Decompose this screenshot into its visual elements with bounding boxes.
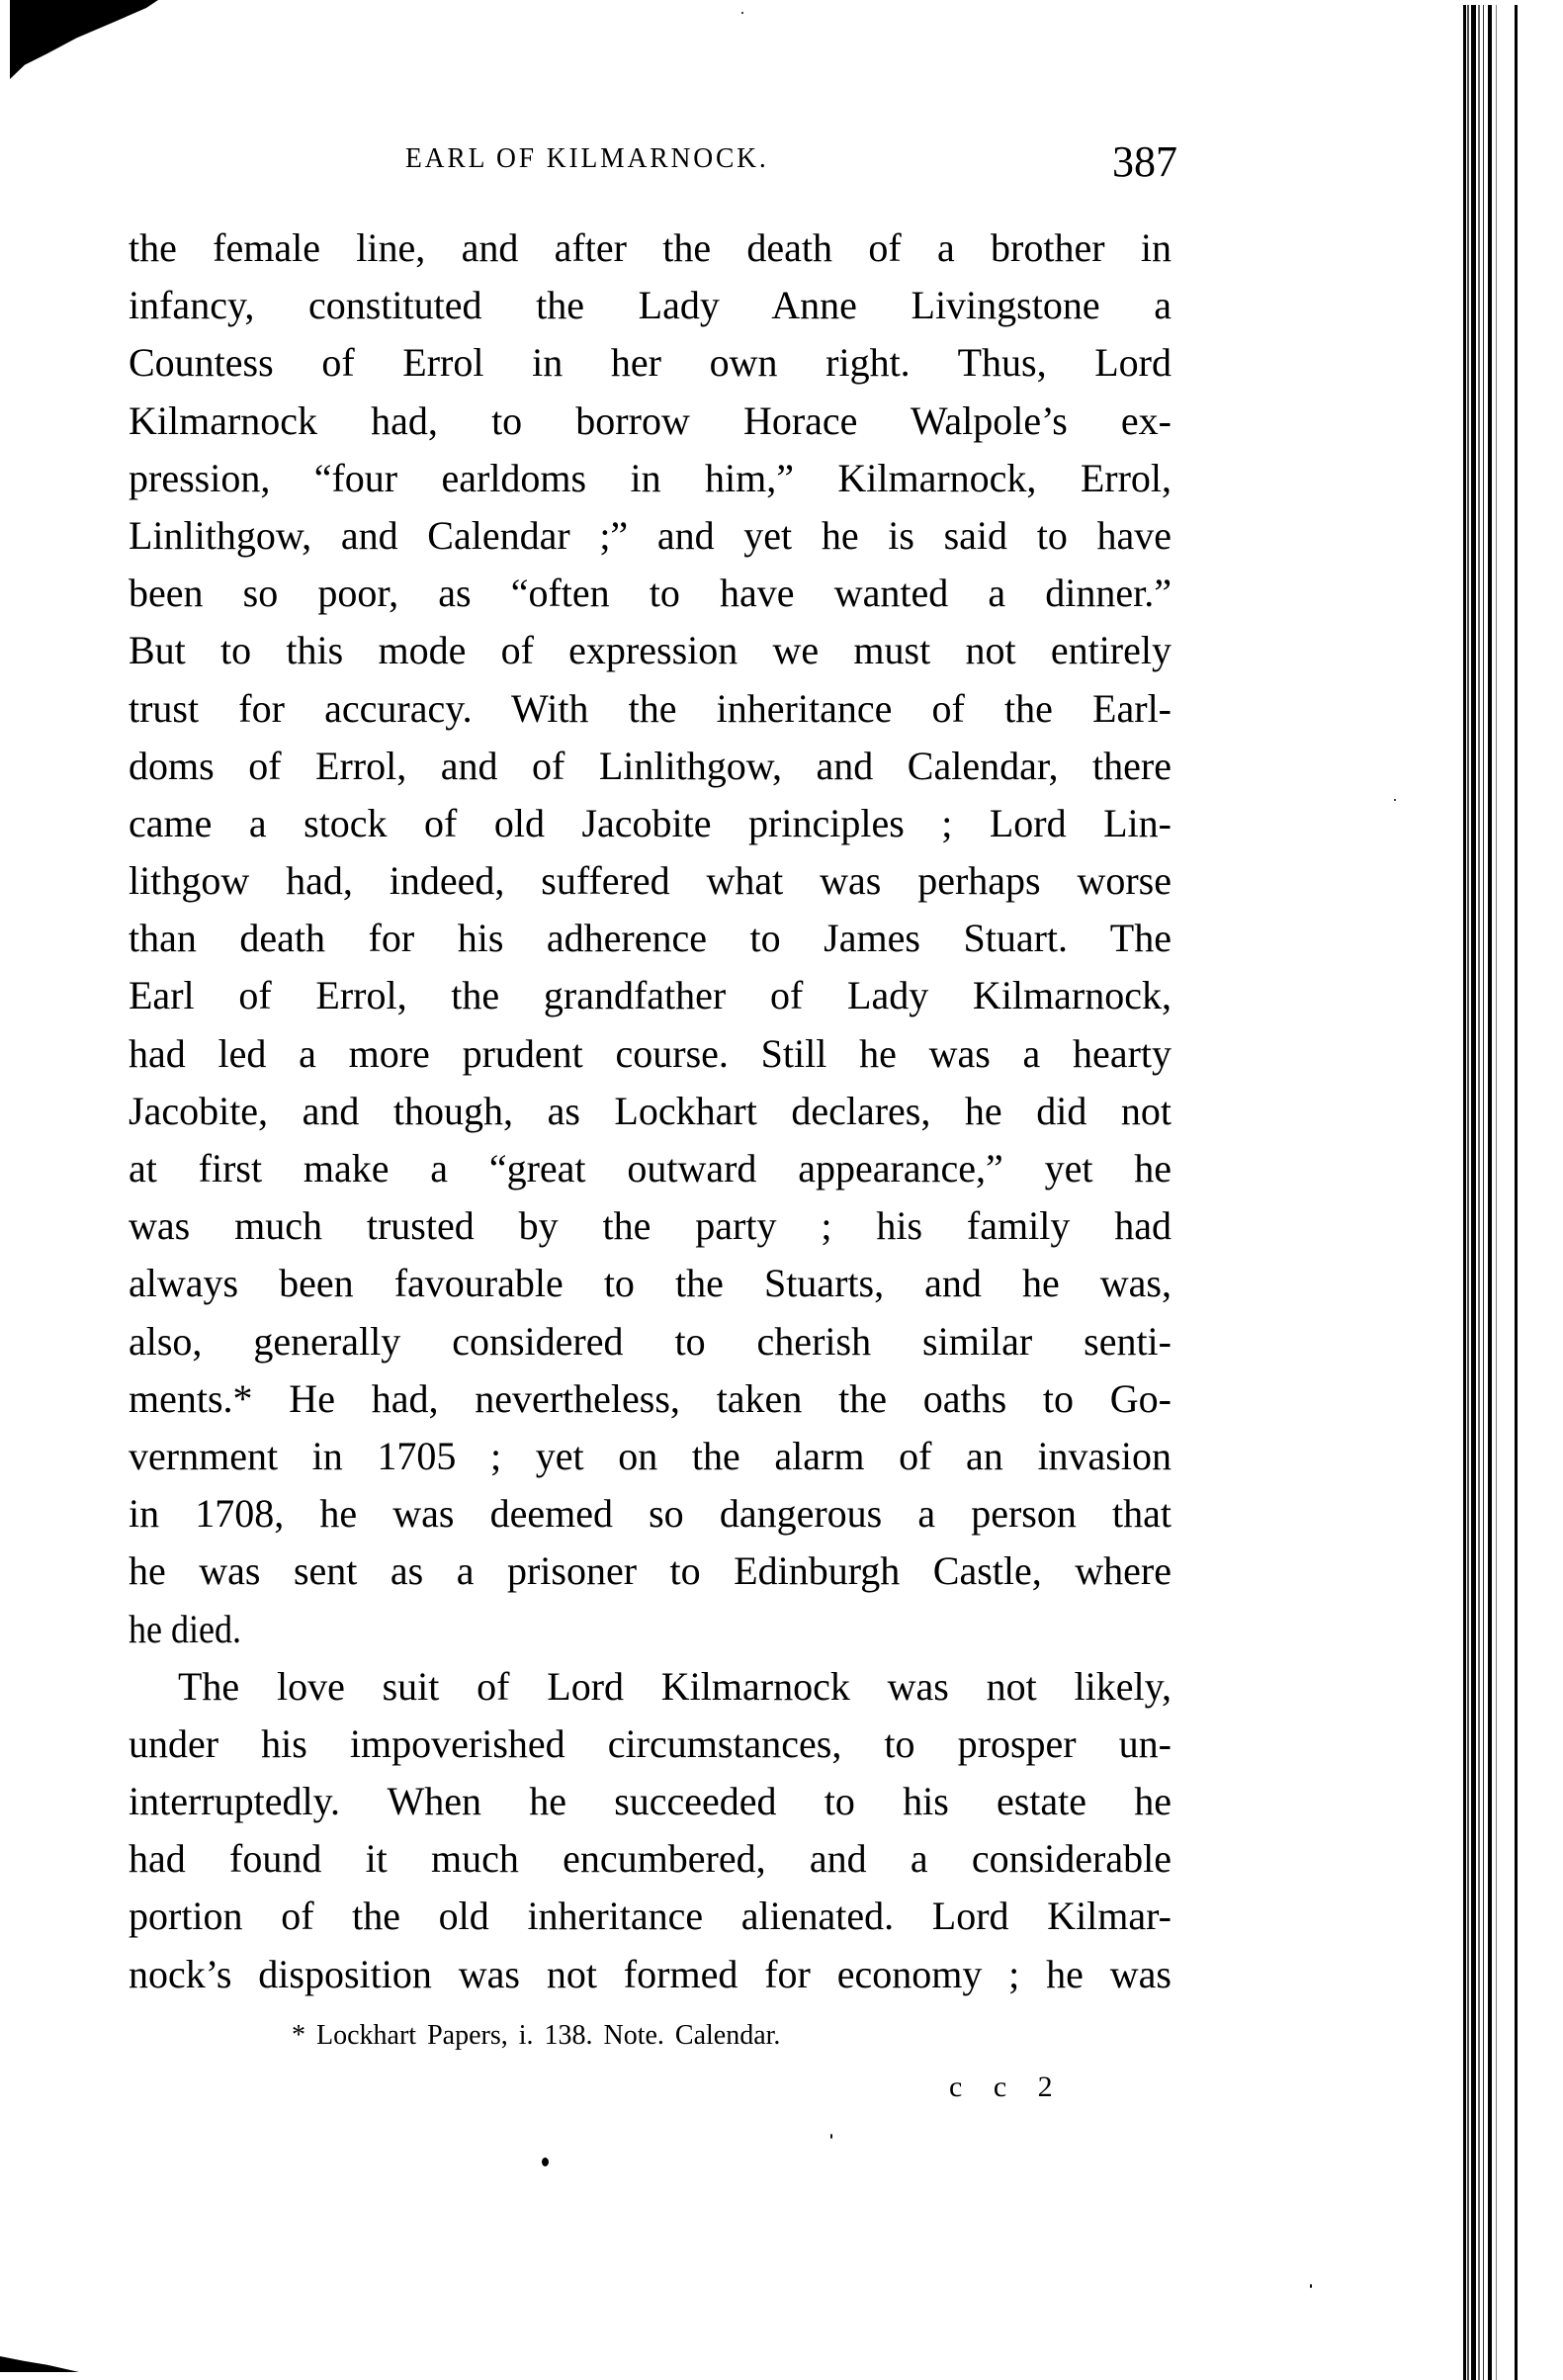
text-line: had led a more prudent course. Still he … xyxy=(129,1025,1172,1083)
text-line: nock’s disposition was not formed for ec… xyxy=(129,1946,1172,2003)
text-line: than death for his adherence to James St… xyxy=(129,910,1172,967)
text-line: the female line, and after the death of … xyxy=(129,220,1172,277)
ink-speck xyxy=(741,12,743,14)
scan-shadow-top-left xyxy=(10,0,158,79)
book-binding-edge xyxy=(1463,5,1552,2380)
text-line: in 1708, he was deemed so dangerous a pe… xyxy=(129,1485,1172,1543)
ink-speck xyxy=(830,2134,832,2139)
text-line: ments.* He had, nevertheless, taken the … xyxy=(129,1370,1172,1428)
text-line: vernment in 1705 ; yet on the alarm of a… xyxy=(129,1428,1172,1485)
text-line: Countess of Errol in her own right. Thus… xyxy=(129,334,1172,392)
text-line: lithgow had, indeed, suffered what was p… xyxy=(129,852,1172,910)
text-line: Jacobite, and though, as Lockhart declar… xyxy=(129,1083,1172,1140)
text-line: infancy, constituted the Lady Anne Livin… xyxy=(129,277,1172,334)
text-line: Linlithgow, and Calendar ;” and yet he i… xyxy=(129,507,1172,565)
text-line: was much trusted by the party ; his fami… xyxy=(129,1197,1172,1255)
page-number: 387 xyxy=(1112,136,1177,187)
text-line: interruptedly. When he succeeded to his … xyxy=(129,1773,1172,1830)
text-line: Kilmarnock had, to borrow Horace Walpole… xyxy=(129,393,1172,450)
text-line: The love suit of Lord Kilmarnock was not… xyxy=(129,1658,1172,1716)
running-header: EARL OF KILMARNOCK. 387 xyxy=(0,138,1563,188)
text-line: at first make a “great outward appearanc… xyxy=(129,1140,1172,1197)
ink-speck xyxy=(1310,2284,1312,2288)
text-line: he died. xyxy=(129,1601,1068,1658)
body-text: the female line, and after the death of … xyxy=(129,220,1172,2003)
text-line: Earl of Errol, the grandfather of Lady K… xyxy=(129,967,1172,1024)
text-line: been so poor, as “often to have wanted a… xyxy=(129,565,1172,622)
text-line: But to this mode of expression we must n… xyxy=(129,622,1172,679)
ink-speck xyxy=(1394,799,1396,801)
text-line: came a stock of old Jacobite principles … xyxy=(129,795,1172,852)
running-title: EARL OF KILMARNOCK. xyxy=(405,142,769,175)
text-line: he was sent as a prisoner to Edinburgh C… xyxy=(129,1543,1172,1600)
scan-shadow-bottom-left xyxy=(0,2356,79,2372)
text-line: trust for accuracy. With the inheritance… xyxy=(129,680,1172,738)
signature-mark: c c 2 xyxy=(949,2071,1065,2104)
text-line: pression, “four earldoms in him,” Kilmar… xyxy=(129,450,1172,507)
text-line: doms of Errol, and of Linlithgow, and Ca… xyxy=(129,738,1172,795)
text-line: under his impoverished circumstances, to… xyxy=(129,1716,1172,1773)
text-line: portion of the old inheritance alienated… xyxy=(129,1888,1172,1945)
text-line: always been favourable to the Stuarts, a… xyxy=(129,1255,1172,1312)
footnote: * Lockhart Papers, i. 138. Note. Calenda… xyxy=(292,2020,780,2052)
text-line: had found it much encumbered, and a cons… xyxy=(129,1830,1172,1888)
text-line: also, generally considered to cherish si… xyxy=(129,1313,1172,1370)
ink-speck xyxy=(542,2158,549,2166)
